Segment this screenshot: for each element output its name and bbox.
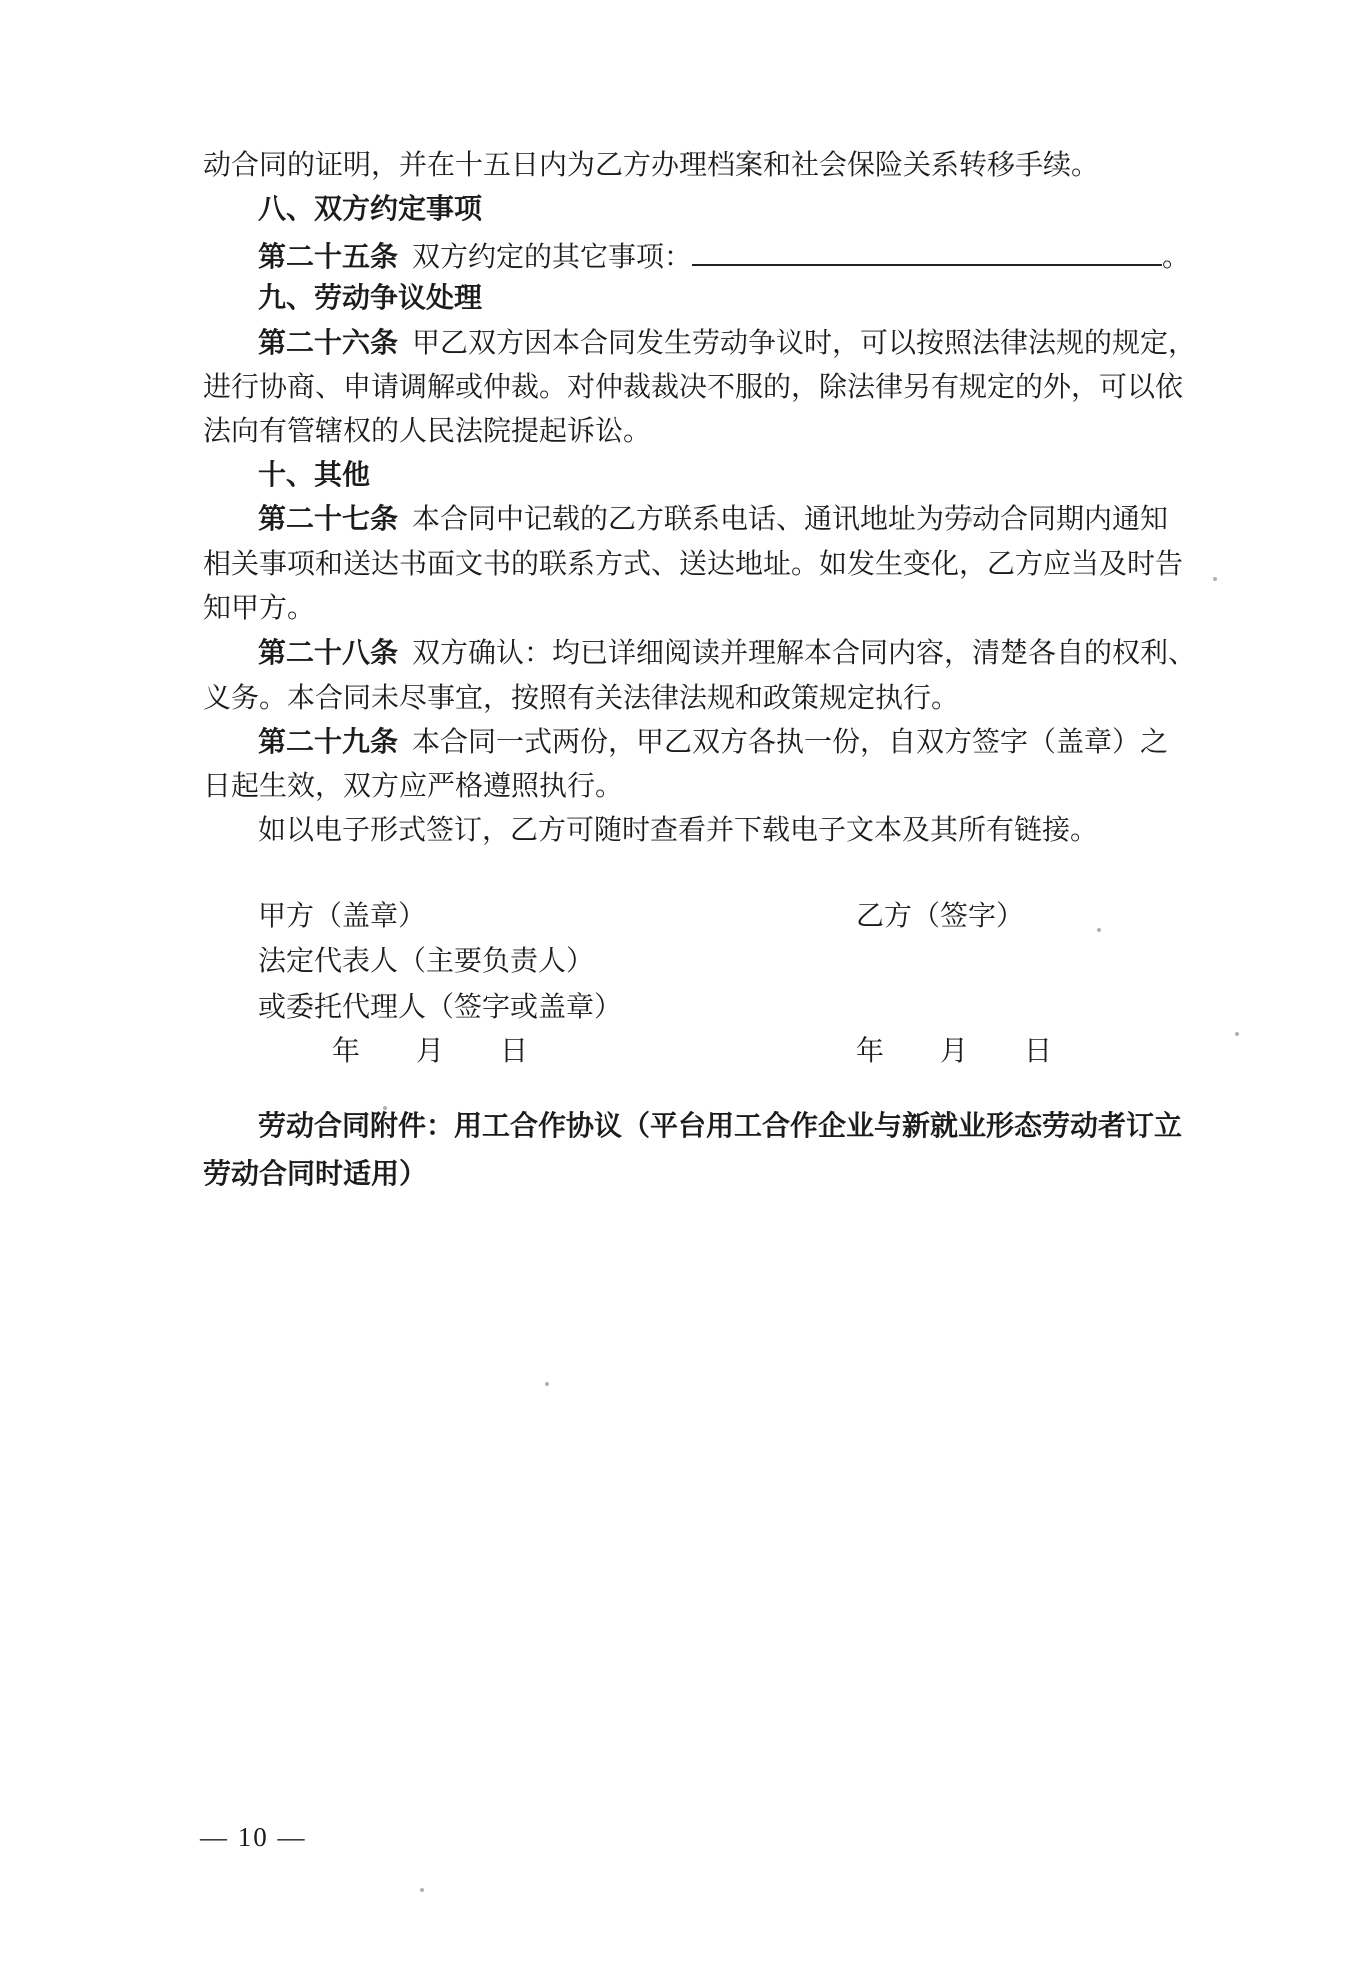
clause-29-text: 本合同一式两份，甲乙双方各执一份，自双方签字（盖章）之 <box>412 727 1168 758</box>
scan-speck <box>1213 577 1217 581</box>
scan-speck <box>1235 1032 1239 1036</box>
clause-29-continuation: 日起生效，双方应严格遵照执行。 <box>203 770 1203 804</box>
line-text: 日起生效，双方应严格遵照执行。 <box>203 771 623 802</box>
clause-28-continuation: 义务。本合同未尽事宜，按照有关法律法规和政策规定执行。 <box>203 682 1203 716</box>
heading-text: 十、其他 <box>258 460 370 491</box>
scan-speck <box>420 1888 424 1892</box>
clause-26-continuation-2: 法向有管辖权的人民法院提起诉讼。 <box>203 415 1203 449</box>
line-text: 相关事项和送达书面文书的联系方式、送达地址。如发生变化，乙方应当及时告 <box>203 549 1183 580</box>
line-text: 义务。本合同未尽事宜，按照有关法律法规和政策规定执行。 <box>203 683 959 714</box>
clause-27-line: 第二十七条本合同中记载的乙方联系电话、通讯地址为劳动合同期内通知 <box>258 503 1258 537</box>
section-heading-9: 九、劳动争议处理 <box>258 282 1258 316</box>
clause-25-line: 第二十五条双方约定的其它事项：。 <box>258 238 1258 275</box>
line-text: 法向有管辖权的人民法院提起诉讼。 <box>203 416 651 447</box>
clause-27-term: 第二十七条 <box>258 504 398 535</box>
heading-text: 八、双方约定事项 <box>258 194 482 225</box>
clause-27-continuation-2: 知甲方。 <box>203 592 1203 626</box>
electronic-signing-note: 如以电子形式签订，乙方可随时查看并下载电子文本及其所有链接。 <box>258 814 1258 848</box>
date-line-right: 年 月 日 <box>856 1035 1052 1069</box>
scan-speck <box>383 1106 387 1110</box>
clause-26-term: 第二十六条 <box>258 328 398 359</box>
legal-representative-label: 法定代表人（主要负责人） <box>258 945 594 979</box>
line-text: 动合同的证明，并在十五日内为乙方办理档案和社会保险关系转移手续。 <box>203 150 1099 181</box>
heading-text: 九、劳动争议处理 <box>258 283 482 314</box>
clause-26-line: 第二十六条甲乙双方因本合同发生劳动争议时，可以按照法律法规的规定， <box>258 327 1258 361</box>
clause-28-line: 第二十八条双方确认：均已详细阅读并理解本合同内容，清楚各自的权利、 <box>258 637 1258 671</box>
clause-25-tail: 。 <box>1162 242 1190 273</box>
page-number: — 10 — <box>200 1822 307 1853</box>
scan-speck <box>967 517 972 522</box>
scan-speck <box>1097 928 1101 932</box>
section-heading-10: 十、其他 <box>258 459 1258 493</box>
line-text: 知甲方。 <box>203 593 315 624</box>
scan-speck <box>545 1382 549 1386</box>
clause-28-text: 双方确认：均已详细阅读并理解本合同内容，清楚各自的权利、 <box>412 638 1196 669</box>
attachment-note-line1: 劳动合同附件：用工合作协议（平台用工合作企业与新就业形态劳动者订立 <box>258 1110 1258 1144</box>
party-b-sign-label: 乙方（签字） <box>856 900 1024 934</box>
attachment-note-line2: 劳动合同时适用） <box>203 1158 1203 1192</box>
clause-28-term: 第二十八条 <box>258 638 398 669</box>
clause-26-text: 甲乙双方因本合同发生劳动争议时，可以按照法律法规的规定， <box>412 328 1196 359</box>
clause-continuation-line: 动合同的证明，并在十五日内为乙方办理档案和社会保险关系转移手续。 <box>203 149 1203 183</box>
line-text: 进行协商、申请调解或仲裁。对仲裁裁决不服的，除法律另有规定的外，可以依 <box>203 372 1183 403</box>
date-line-left: 年 月 日 <box>332 1035 528 1069</box>
clause-25-term: 第二十五条 <box>258 242 398 273</box>
party-a-seal-label: 甲方（盖章） <box>258 900 426 934</box>
clause-27-text: 本合同中记载的乙方联系电话、通讯地址为劳动合同期内通知 <box>412 504 1168 535</box>
clause-25-text: 双方约定的其它事项： <box>412 242 692 273</box>
entrusted-agent-label: 或委托代理人（签字或盖章） <box>258 991 622 1025</box>
clause-27-continuation: 相关事项和送达书面文书的联系方式、送达地址。如发生变化，乙方应当及时告 <box>203 548 1203 582</box>
blank-underline-field <box>692 238 1162 266</box>
line-text: 如以电子形式签订，乙方可随时查看并下载电子文本及其所有链接。 <box>258 815 1098 846</box>
clause-26-continuation: 进行协商、申请调解或仲裁。对仲裁裁决不服的，除法律另有规定的外，可以依 <box>203 371 1203 405</box>
section-heading-8: 八、双方约定事项 <box>258 193 1258 227</box>
document-page: 动合同的证明，并在十五日内为乙方办理档案和社会保险关系转移手续。 八、双方约定事… <box>0 0 1352 1965</box>
clause-29-line: 第二十九条本合同一式两份，甲乙双方各执一份，自双方签字（盖章）之 <box>258 726 1258 760</box>
clause-29-term: 第二十九条 <box>258 727 398 758</box>
